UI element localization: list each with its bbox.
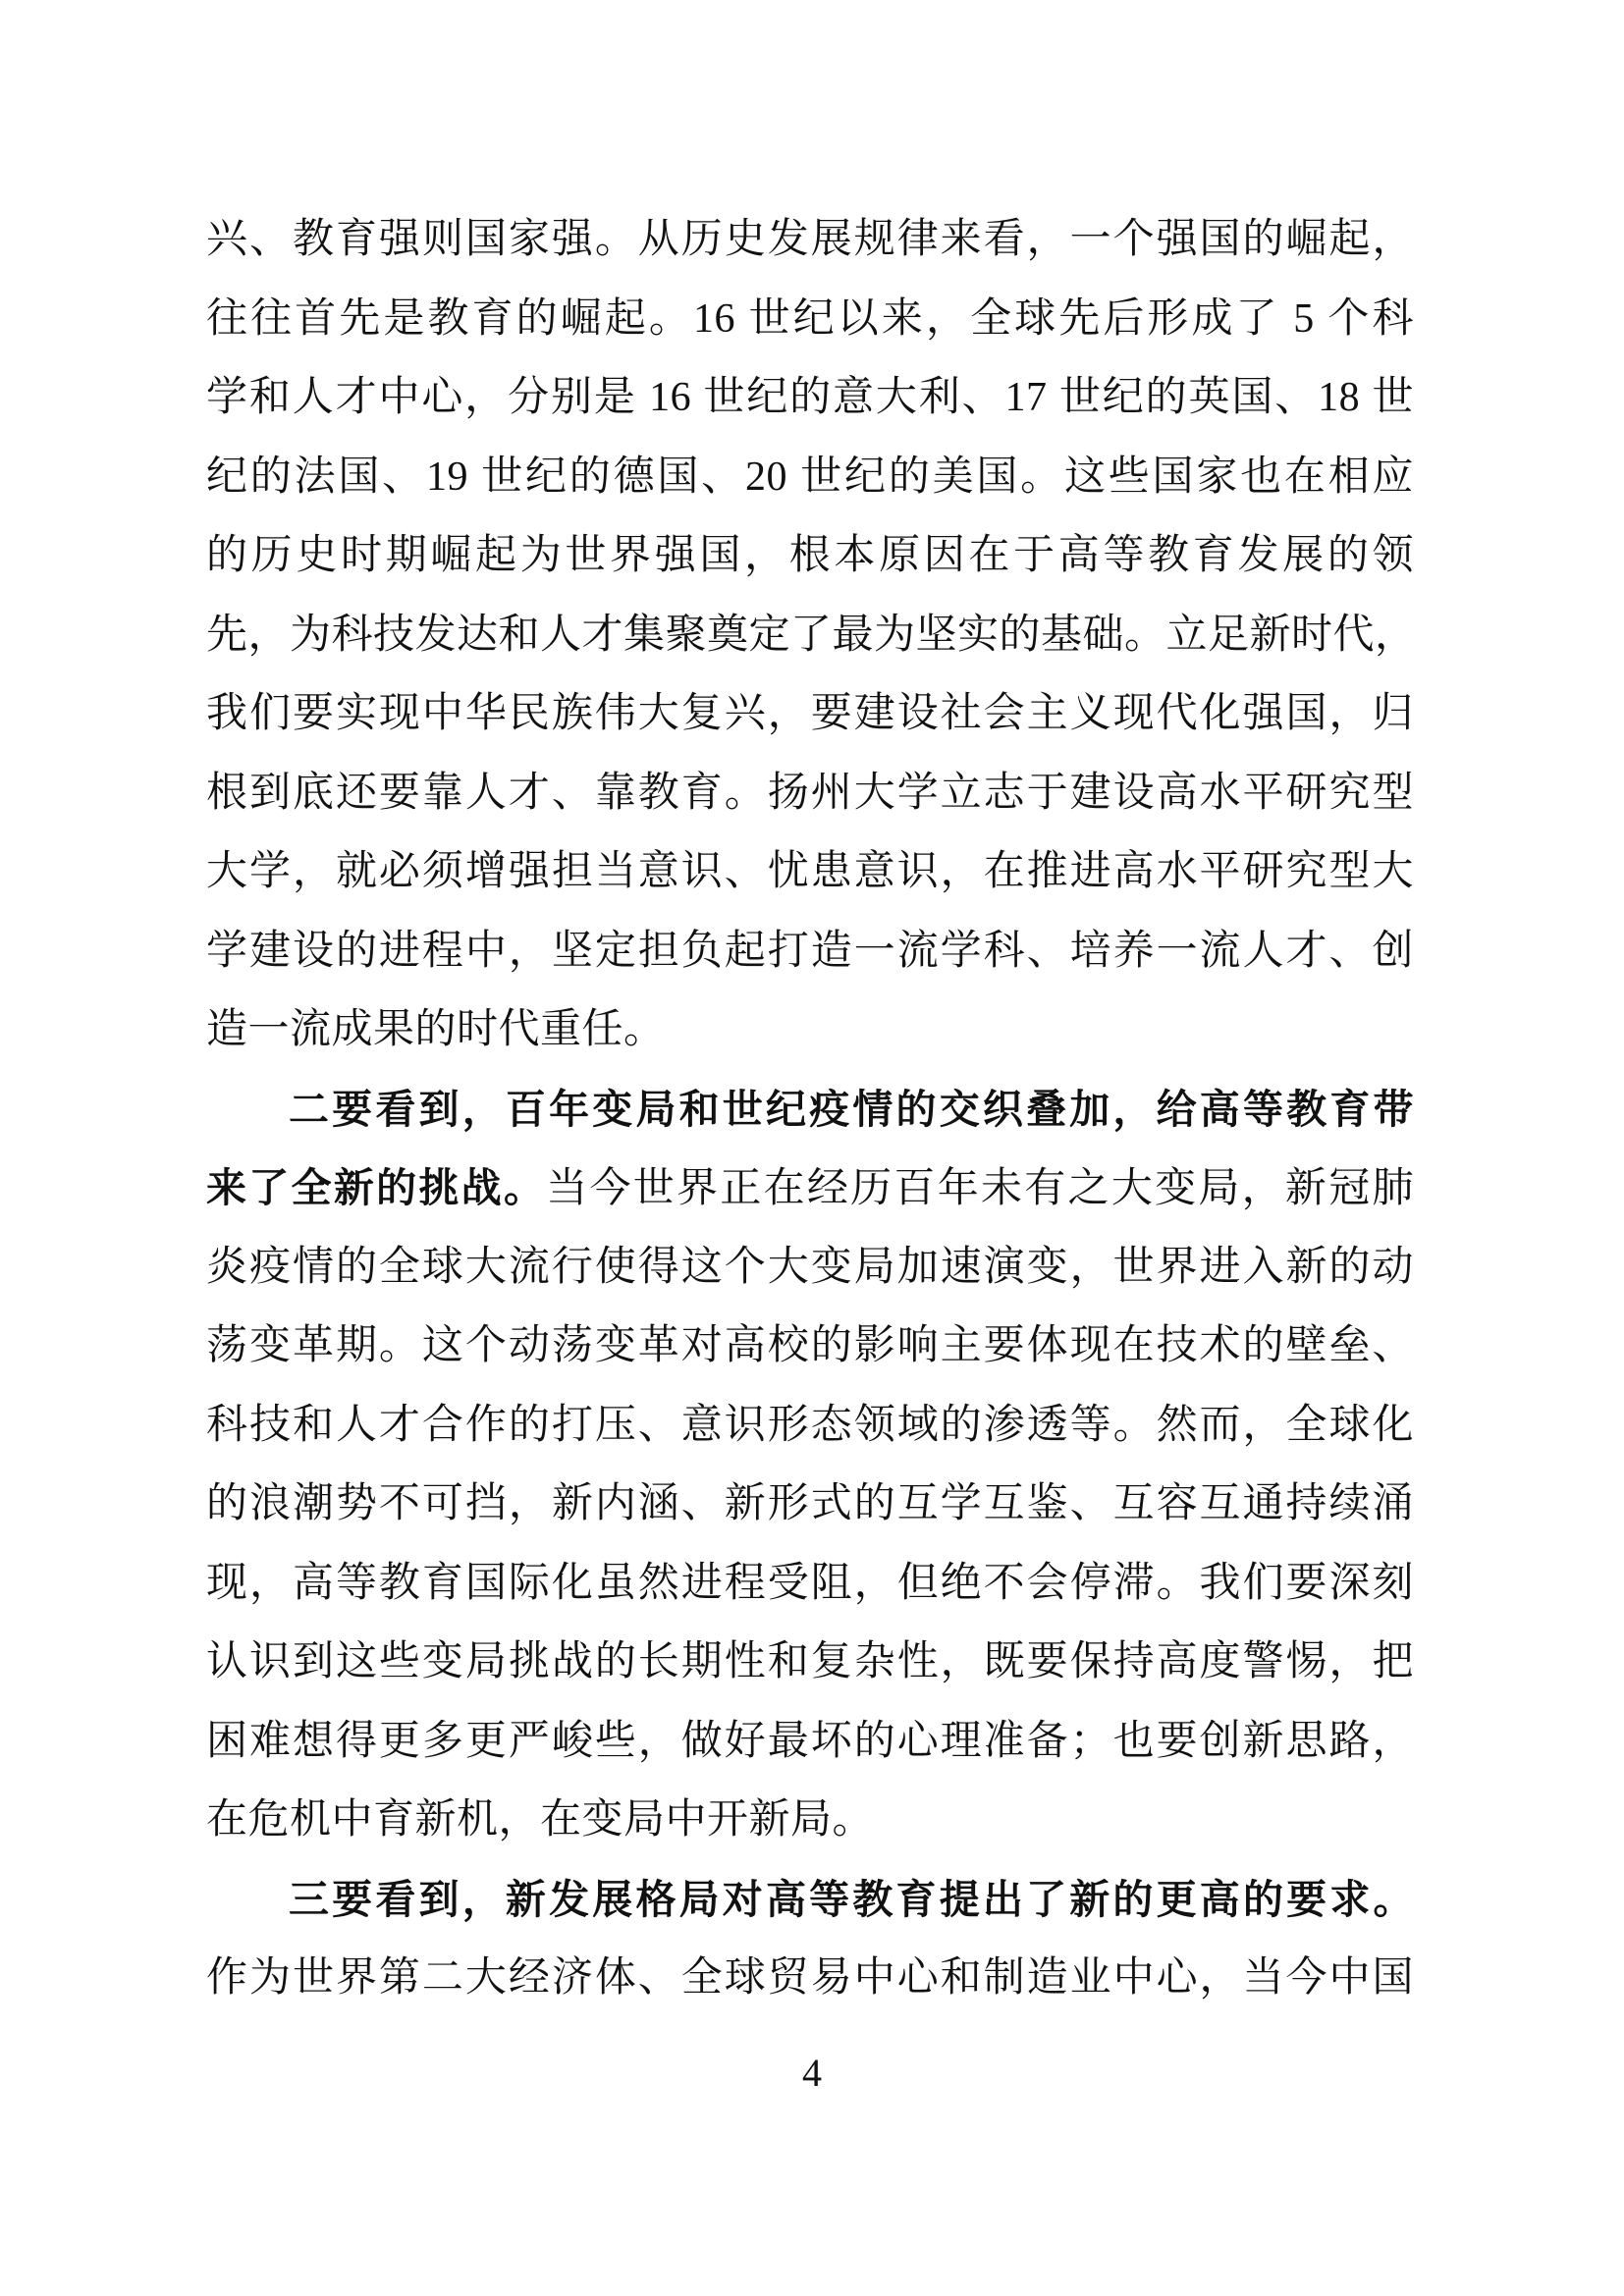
document-page: 兴、教育强则国家强。从历史发展规律来看，一个强国的崛起，往往首先是教育的崛起。1… bbox=[0, 0, 1624, 2296]
text-run: 纪的法国、19 世纪的德国、20 世纪的美国。这些国家也在相应 bbox=[206, 454, 1414, 500]
text-line: 科技和人才合作的打压、意识形态领域的渗透等。然而，全球化 bbox=[206, 1386, 1414, 1466]
text-line: 的浪潮势不可挡，新内涵、新形式的互学互鉴、互容互通持续涌 bbox=[206, 1465, 1414, 1544]
text-line: 大学，就必须增强担当意识、忧患意识，在推进高水平研究型大 bbox=[206, 832, 1414, 912]
text-line: 我们要实现中华民族伟大复兴，要建设社会主义现代化强国，归 bbox=[206, 674, 1414, 754]
text-line: 三要看到，新发展格局对高等教育提出了新的更高的要求。 bbox=[206, 1860, 1414, 1940]
text-line: 在危机中育新机，在变局中开新局。 bbox=[206, 1781, 1414, 1860]
text-line: 根到底还要靠人才、靠教育。扬州大学立志于建设高水平研究型 bbox=[206, 754, 1414, 833]
text-run: 我们要实现中华民族伟大复兴，要建设社会主义现代化强国，归 bbox=[206, 691, 1414, 736]
text-line: 兴、教育强则国家强。从历史发展规律来看，一个强国的崛起， bbox=[206, 200, 1414, 280]
text-run: 根到底还要靠人才、靠教育。扬州大学立志于建设高水平研究型 bbox=[206, 771, 1414, 816]
text-run: 学和人才中心，分别是 16 世纪的意大利、17 世纪的英国、18 世 bbox=[206, 375, 1414, 420]
text-line: 纪的法国、19 世纪的德国、20 世纪的美国。这些国家也在相应 bbox=[206, 438, 1414, 517]
text-run: 先，为科技发达和人才集聚奠定了最为坚实的基础。立足新时代， bbox=[206, 613, 1417, 658]
page-number: 4 bbox=[0, 2050, 1624, 2097]
text-body: 兴、教育强则国家强。从历史发展规律来看，一个强国的崛起，往往首先是教育的崛起。1… bbox=[206, 200, 1414, 2018]
text-run: 往往首先是教育的崛起。16 世纪以来，全球先后形成了 5 个科 bbox=[206, 296, 1414, 342]
text-run: 困难想得更多更严峻些，做好最坏的心理准备；也要创新思路， bbox=[206, 1719, 1414, 1764]
text-run: 的历史时期崛起为世界强国，根本原因在于高等教育发展的领 bbox=[206, 533, 1414, 578]
text-run: 造一流成果的时代重任。 bbox=[206, 1007, 666, 1052]
text-run: 认识到这些变局挑战的长期性和复杂性，既要保持高度警惕，把 bbox=[206, 1639, 1414, 1684]
text-line: 先，为科技发达和人才集聚奠定了最为坚实的基础。立足新时代， bbox=[206, 596, 1414, 675]
text-line: 的历史时期崛起为世界强国，根本原因在于高等教育发展的领 bbox=[206, 516, 1414, 596]
text-line: 来了全新的挑战。当今世界正在经历百年未有之大变局，新冠肺 bbox=[206, 1148, 1414, 1228]
text-run: 的浪潮势不可挡，新内涵、新形式的互学互鉴、互容互通持续涌 bbox=[206, 1481, 1414, 1526]
text-run: 在危机中育新机，在变局中开新局。 bbox=[206, 1797, 874, 1842]
text-run: 学建设的进程中，坚定担负起打造一流学科、培养一流人才、创 bbox=[206, 929, 1414, 974]
text-run: 兴、教育强则国家强。从历史发展规律来看，一个强国的崛起， bbox=[206, 217, 1414, 262]
text-line: 炎疫情的全球大流行使得这个大变局加速演变，世界进入新的动 bbox=[206, 1228, 1414, 1308]
bold-text-run: 二要看到，百年变局和世纪疫情的交织叠加，给高等教育带 bbox=[289, 1087, 1414, 1132]
text-run: 现，高等教育国际化虽然进程受阻，但绝不会停滞。我们要深刻 bbox=[206, 1561, 1414, 1606]
bold-text-run: 来了全新的挑战。 bbox=[206, 1165, 546, 1210]
text-run: 荡变革期。这个动荡变革对高校的影响主要体现在技术的壁垒、 bbox=[206, 1323, 1414, 1368]
text-line: 现，高等教育国际化虽然进程受阻，但绝不会停滞。我们要深刻 bbox=[206, 1544, 1414, 1624]
text-run: 科技和人才合作的打压、意识形态领域的渗透等。然而，全球化 bbox=[206, 1403, 1414, 1448]
text-line: 造一流成果的时代重任。 bbox=[206, 990, 1414, 1070]
text-line: 学和人才中心，分别是 16 世纪的意大利、17 世纪的英国、18 世 bbox=[206, 358, 1414, 438]
bold-text-run: 三要看到，新发展格局对高等教育提出了新的更高的要求。 bbox=[289, 1877, 1414, 1922]
text-line: 学建设的进程中，坚定担负起打造一流学科、培养一流人才、创 bbox=[206, 912, 1414, 991]
text-run: 大学，就必须增强担当意识、忧患意识，在推进高水平研究型大 bbox=[206, 849, 1414, 894]
text-line: 荡变革期。这个动荡变革对高校的影响主要体现在技术的壁垒、 bbox=[206, 1307, 1414, 1386]
text-line: 作为世界第二大经济体、全球贸易中心和制造业中心，当今中国 bbox=[206, 1939, 1414, 2018]
text-run: 当今世界正在经历百年未有之大变局，新冠肺 bbox=[546, 1166, 1414, 1211]
text-line: 二要看到，百年变局和世纪疫情的交织叠加，给高等教育带 bbox=[206, 1070, 1414, 1149]
text-line: 认识到这些变局挑战的长期性和复杂性，既要保持高度警惕，把 bbox=[206, 1623, 1414, 1702]
text-line: 困难想得更多更严峻些，做好最坏的心理准备；也要创新思路， bbox=[206, 1702, 1414, 1782]
text-run: 炎疫情的全球大流行使得这个大变局加速演变，世界进入新的动 bbox=[206, 1245, 1414, 1290]
text-line: 往往首先是教育的崛起。16 世纪以来，全球先后形成了 5 个科 bbox=[206, 280, 1414, 359]
text-run: 作为世界第二大经济体、全球贸易中心和制造业中心，当今中国 bbox=[206, 1955, 1414, 2001]
